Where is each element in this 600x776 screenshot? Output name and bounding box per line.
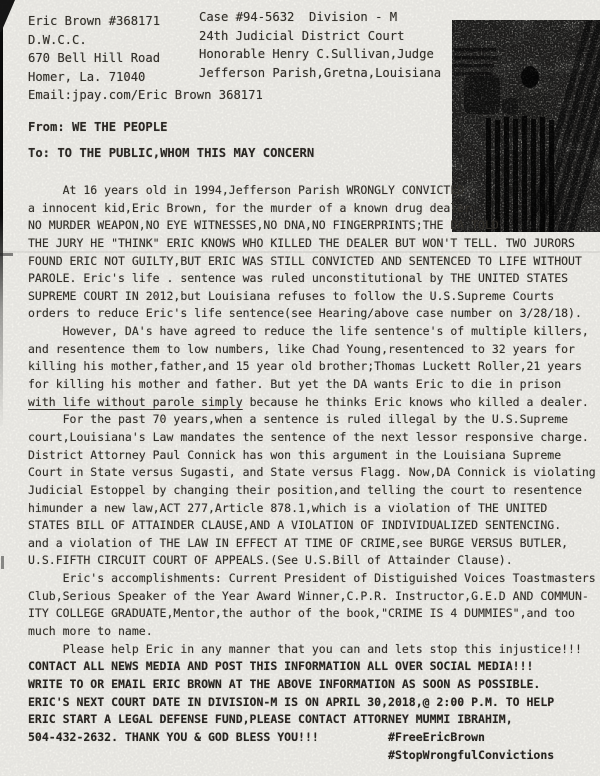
text-line: and resentence them to low numbers, like… (28, 341, 596, 359)
text-line: STATES BILL OF ATTAINDER CLAUSE,AND A VI… (28, 517, 596, 535)
header-line: Jefferson Parish,Gretna,Louisiana (199, 64, 441, 83)
text-line: Please help Eric in any manner that you … (28, 641, 596, 659)
text-line: ERIC'S NEXT COURT DATE IN DIVISION-M IS … (28, 694, 596, 712)
text-line: himunder a new law,ACT 277,Article 878.1… (28, 500, 596, 518)
text-line: PAROLE. Eric's life . sentence was ruled… (28, 270, 596, 288)
text-line: District Attorney Paul Connick has won t… (28, 447, 596, 465)
text-line: Court in State versus Sugasti, and State… (28, 464, 596, 482)
header-line: Honorable Henry C.Sullivan,Judge (199, 45, 441, 64)
text-line: For the past 70 years,when a sentence is… (28, 411, 596, 429)
text-line: Eric's accomplishments: Current Presiden… (28, 570, 596, 588)
text-line: FOUND ERIC NOT GUILTY,BUT ERIC WAS STILL… (28, 253, 596, 271)
to-line: To: TO THE PUBLIC,WHOM THIS MAY CONCERN (28, 146, 314, 160)
text-line: However, DA's have agreed to reduce the … (28, 323, 596, 341)
text-line: NO MURDER WEAPON,NO EYE WITNESSES,NO DNA… (28, 217, 596, 235)
text-line: Judicial Estoppel by changing their posi… (28, 482, 596, 500)
text-line: At 16 years old in 1994,Jefferson Parish… (28, 182, 596, 200)
text-line: ITY COLLEGE GRADUATE,Mentor,the author o… (28, 605, 596, 623)
text-line: a innocent kid,Eric Brown, for the murde… (28, 200, 596, 218)
text-line: and a violation of THE LAW IN EFFECT AT … (28, 535, 596, 553)
court-info-block: Case #94-5632 Division - M24th Judicial … (199, 8, 441, 82)
text-line: U.S.FIFTH CIRCUIT COURT OF APPEALS.(See … (28, 552, 596, 570)
scanned-letter-page: Eric Brown #368171D.W.C.C.670 Bell Hill … (0, 0, 600, 776)
letter-body: At 16 years old in 1994,Jefferson Parish… (28, 182, 596, 764)
text-line: ERIC START A LEGAL DEFENSE FUND,PLEASE C… (28, 711, 596, 729)
text-line: CONTACT ALL NEWS MEDIA AND POST THIS INF… (28, 658, 596, 676)
text-line: for killing his mother and father. But y… (28, 376, 596, 394)
header-line: Case #94-5632 Division - M (199, 8, 441, 27)
text-line: Club,Serious Speaker of the Year Award W… (28, 588, 596, 606)
text-line: court,Louisiana's Law mandates the sente… (28, 429, 596, 447)
from-line: From: WE THE PEOPLE (28, 120, 167, 134)
scan-dash-artifact (0, 253, 13, 256)
scan-dash-artifact (1, 556, 4, 569)
text-line: #StopWrongfulConvictions (28, 747, 596, 765)
scan-corner-artifact (0, 0, 15, 32)
text-line: orders to reduce Eric's life sentence(se… (28, 305, 596, 323)
text-line: with life without parole simply because … (28, 394, 596, 412)
text-line: WRITE TO OR EMAIL ERIC BROWN AT THE ABOV… (28, 676, 596, 694)
text-line: killing his mother,father,and 15 year ol… (28, 358, 596, 376)
text-line: much more to name. (28, 623, 596, 641)
scan-edge-artifact (0, 0, 3, 430)
header-line: Email:jpay.com/Eric Brown 368171 (28, 86, 263, 105)
text-line: 504-432-2632. THANK YOU & GOD BLESS YOU!… (28, 729, 596, 747)
header-line: 24th Judicial District Court (199, 27, 441, 46)
text-line: THE JURY HE "THINK" ERIC KNOWS WHO KILLE… (28, 235, 596, 253)
text-line: SUPREME COURT IN 2012,but Louisiana refu… (28, 288, 596, 306)
